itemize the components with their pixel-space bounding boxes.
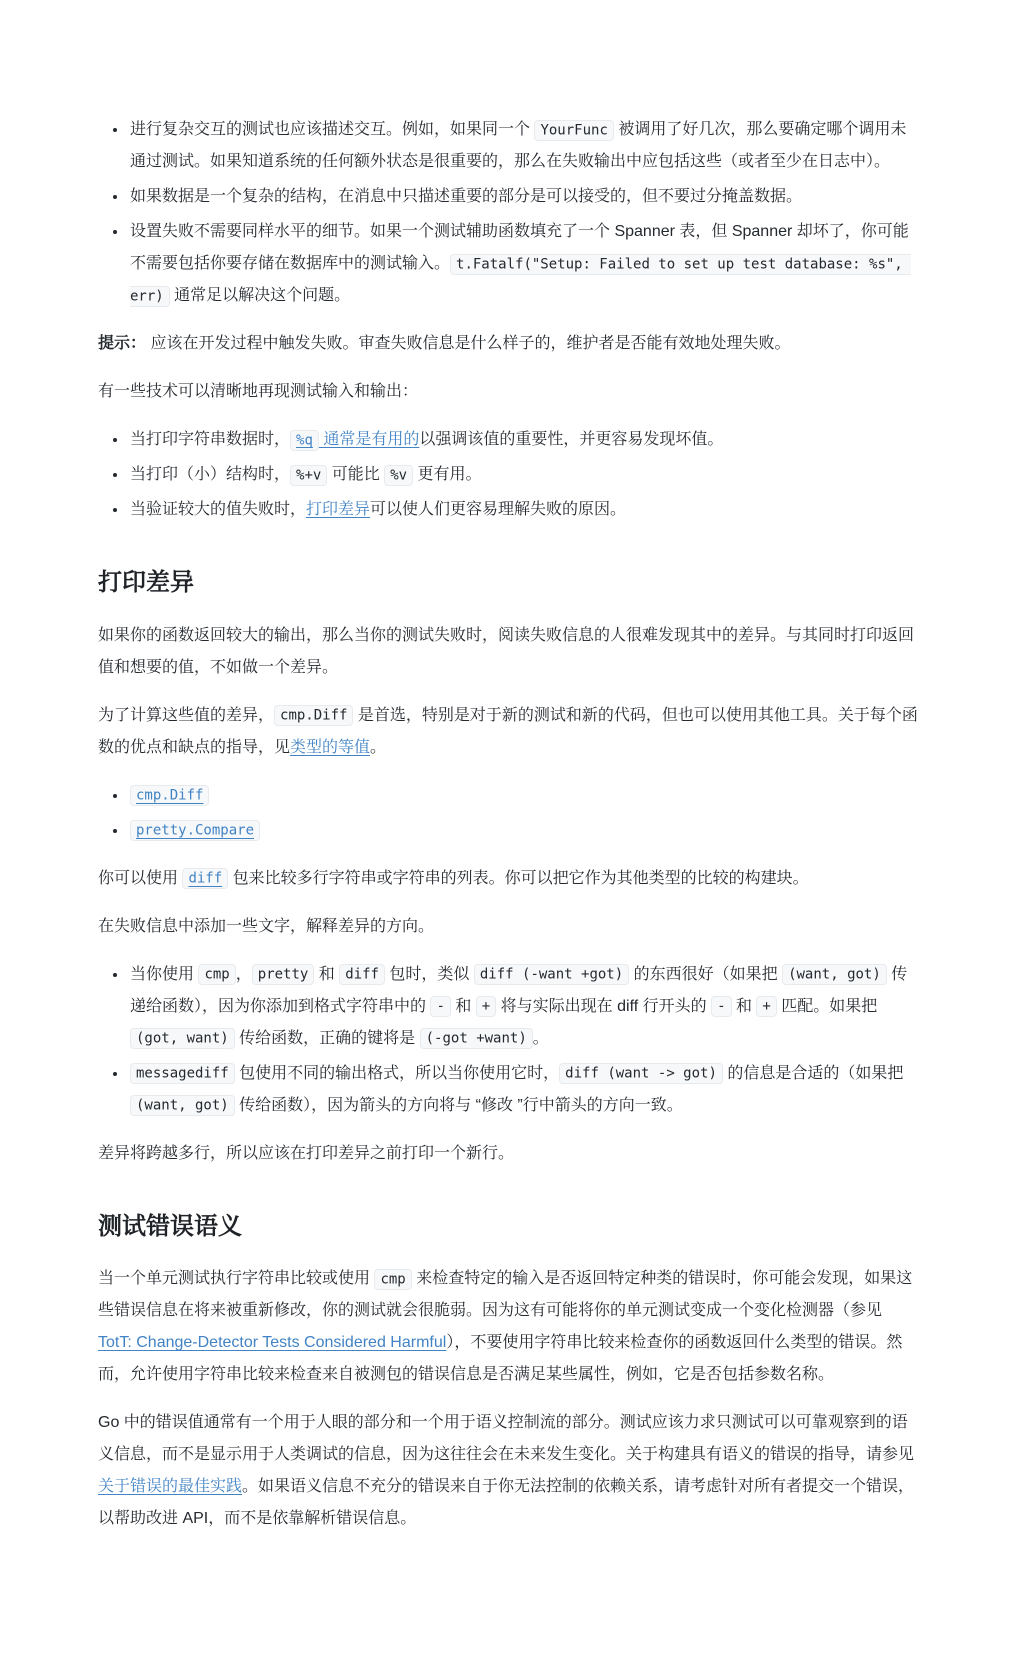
list-item: 如果数据是一个复杂的结构，在消息中只描述重要的部分是可以接受的，但不要过分掩盖数…: [128, 181, 920, 213]
heading-print-diffs: 打印差异: [98, 566, 920, 600]
techniques-intro-paragraph: 有一些技术可以清晰地再现测试输入和输出：: [98, 376, 920, 408]
compute-diff-paragraph: 为了计算这些值的差异，cmp.Diff 是首选，特别是对于新的测试和新的代码，但…: [98, 700, 920, 764]
article-content: 进行复杂交互的测试也应该描述交互。例如，如果同一个 YourFunc 被调用了好…: [98, 0, 920, 1671]
inline-code: (-got +want): [420, 1028, 533, 1049]
inline-code: cmp: [374, 1269, 411, 1290]
inline-code: %q: [290, 430, 319, 451]
list-item: 设置失败不需要同样水平的细节。如果一个测试辅助函数填充了一个 Spanner 表…: [128, 216, 920, 312]
inline-code: (got, want): [130, 1028, 235, 1049]
list-item: messagediff 包使用不同的输出格式，所以当你使用它时，diff (wa…: [128, 1058, 920, 1122]
failure-detail-bullet-list: 进行复杂交互的测试也应该描述交互。例如，如果同一个 YourFunc 被调用了好…: [98, 114, 920, 312]
inline-code: diff (want -> got): [559, 1063, 723, 1084]
diff-tools-link-list: cmp.Diffpretty.Compare: [98, 780, 920, 847]
inline-link[interactable]: 打印差异: [306, 501, 370, 518]
list-item: 进行复杂交互的测试也应该描述交互。例如，如果同一个 YourFunc 被调用了好…: [128, 114, 920, 178]
inline-code: %v: [384, 465, 413, 486]
error-values-paragraph: Go 中的错误值通常有一个用于人眼的部分和一个用于语义控制流的部分。测试应该力求…: [98, 1407, 920, 1535]
inline-code: +: [756, 996, 776, 1017]
diff-direction-bullet-list: 当你使用 cmp，pretty 和 diff 包时，类似 diff (-want…: [98, 959, 920, 1122]
inline-code: pretty.Compare: [130, 820, 260, 841]
diff-package-paragraph: 你可以使用 diff 包来比较多行字符串或字符串的列表。你可以把它作为其他类型的…: [98, 863, 920, 895]
inline-link[interactable]: diff: [182, 870, 228, 887]
inline-code: diff (-want +got): [474, 964, 629, 985]
inline-code: pretty: [252, 964, 315, 985]
list-item: pretty.Compare: [128, 815, 920, 847]
inline-code: %+v: [290, 465, 327, 486]
inline-link[interactable]: 类型的等值: [290, 739, 370, 756]
list-item: cmp.Diff: [128, 780, 920, 812]
inline-code: diff: [339, 964, 385, 985]
list-item: 当打印字符串数据时，%q 通常是有用的以强调该值的重要性，并更容易发现坏值。: [128, 424, 920, 456]
inline-code: cmp: [198, 964, 235, 985]
inline-link[interactable]: cmp.Diff: [130, 787, 209, 804]
large-output-paragraph: 如果你的函数返回较大的输出，那么当你的测试失败时，阅读失败信息的人很难发现其中的…: [98, 620, 920, 684]
inline-code: t.Fatalf("Setup: Failed to set up test d…: [130, 254, 911, 307]
inline-code: -: [711, 996, 731, 1017]
brittle-errors-paragraph: 当一个单元测试执行字符串比较或使用 cmp 来检查特定的输入是否返回特定种类的错…: [98, 1263, 920, 1391]
inline-code: YourFunc: [534, 120, 613, 141]
inline-code: (want, got): [130, 1095, 235, 1116]
inline-code: diff: [182, 868, 228, 889]
inline-code: cmp.Diff: [274, 705, 353, 726]
list-item: 当验证较大的值失败时，打印差异可以使人们更容易理解失败的原因。: [128, 494, 920, 526]
add-text-paragraph: 在失败信息中添加一些文字，解释差异的方向。: [98, 911, 920, 943]
newline-before-diff-paragraph: 差异将跨越多行，所以应该在打印差异之前打印一个新行。: [98, 1138, 920, 1170]
inline-code: +: [476, 996, 496, 1017]
inline-link[interactable]: TotT: Change-Detector Tests Considered H…: [98, 1334, 446, 1351]
inline-link[interactable]: pretty.Compare: [130, 822, 260, 839]
list-item: 当你使用 cmp，pretty 和 diff 包时，类似 diff (-want…: [128, 959, 920, 1055]
tip-paragraph: 提示： 应该在开发过程中触发失败。审查失败信息是什么样子的，维护者是否能有效地处…: [98, 328, 920, 360]
inline-link[interactable]: 关于错误的最佳实践: [98, 1478, 242, 1495]
inline-code: messagediff: [130, 1063, 235, 1084]
inline-link[interactable]: %q 通常是有用的: [290, 431, 419, 448]
list-item: 当打印（小）结构时，%+v 可能比 %v 更有用。: [128, 459, 920, 491]
inline-code: (want, got): [782, 964, 887, 985]
techniques-bullet-list: 当打印字符串数据时，%q 通常是有用的以强调该值的重要性，并更容易发现坏值。当打…: [98, 424, 920, 526]
inline-code: cmp.Diff: [130, 785, 209, 806]
inline-code: -: [430, 996, 450, 1017]
bold-label: 提示：: [98, 335, 146, 352]
heading-test-error-semantics: 测试错误语义: [98, 1210, 920, 1244]
